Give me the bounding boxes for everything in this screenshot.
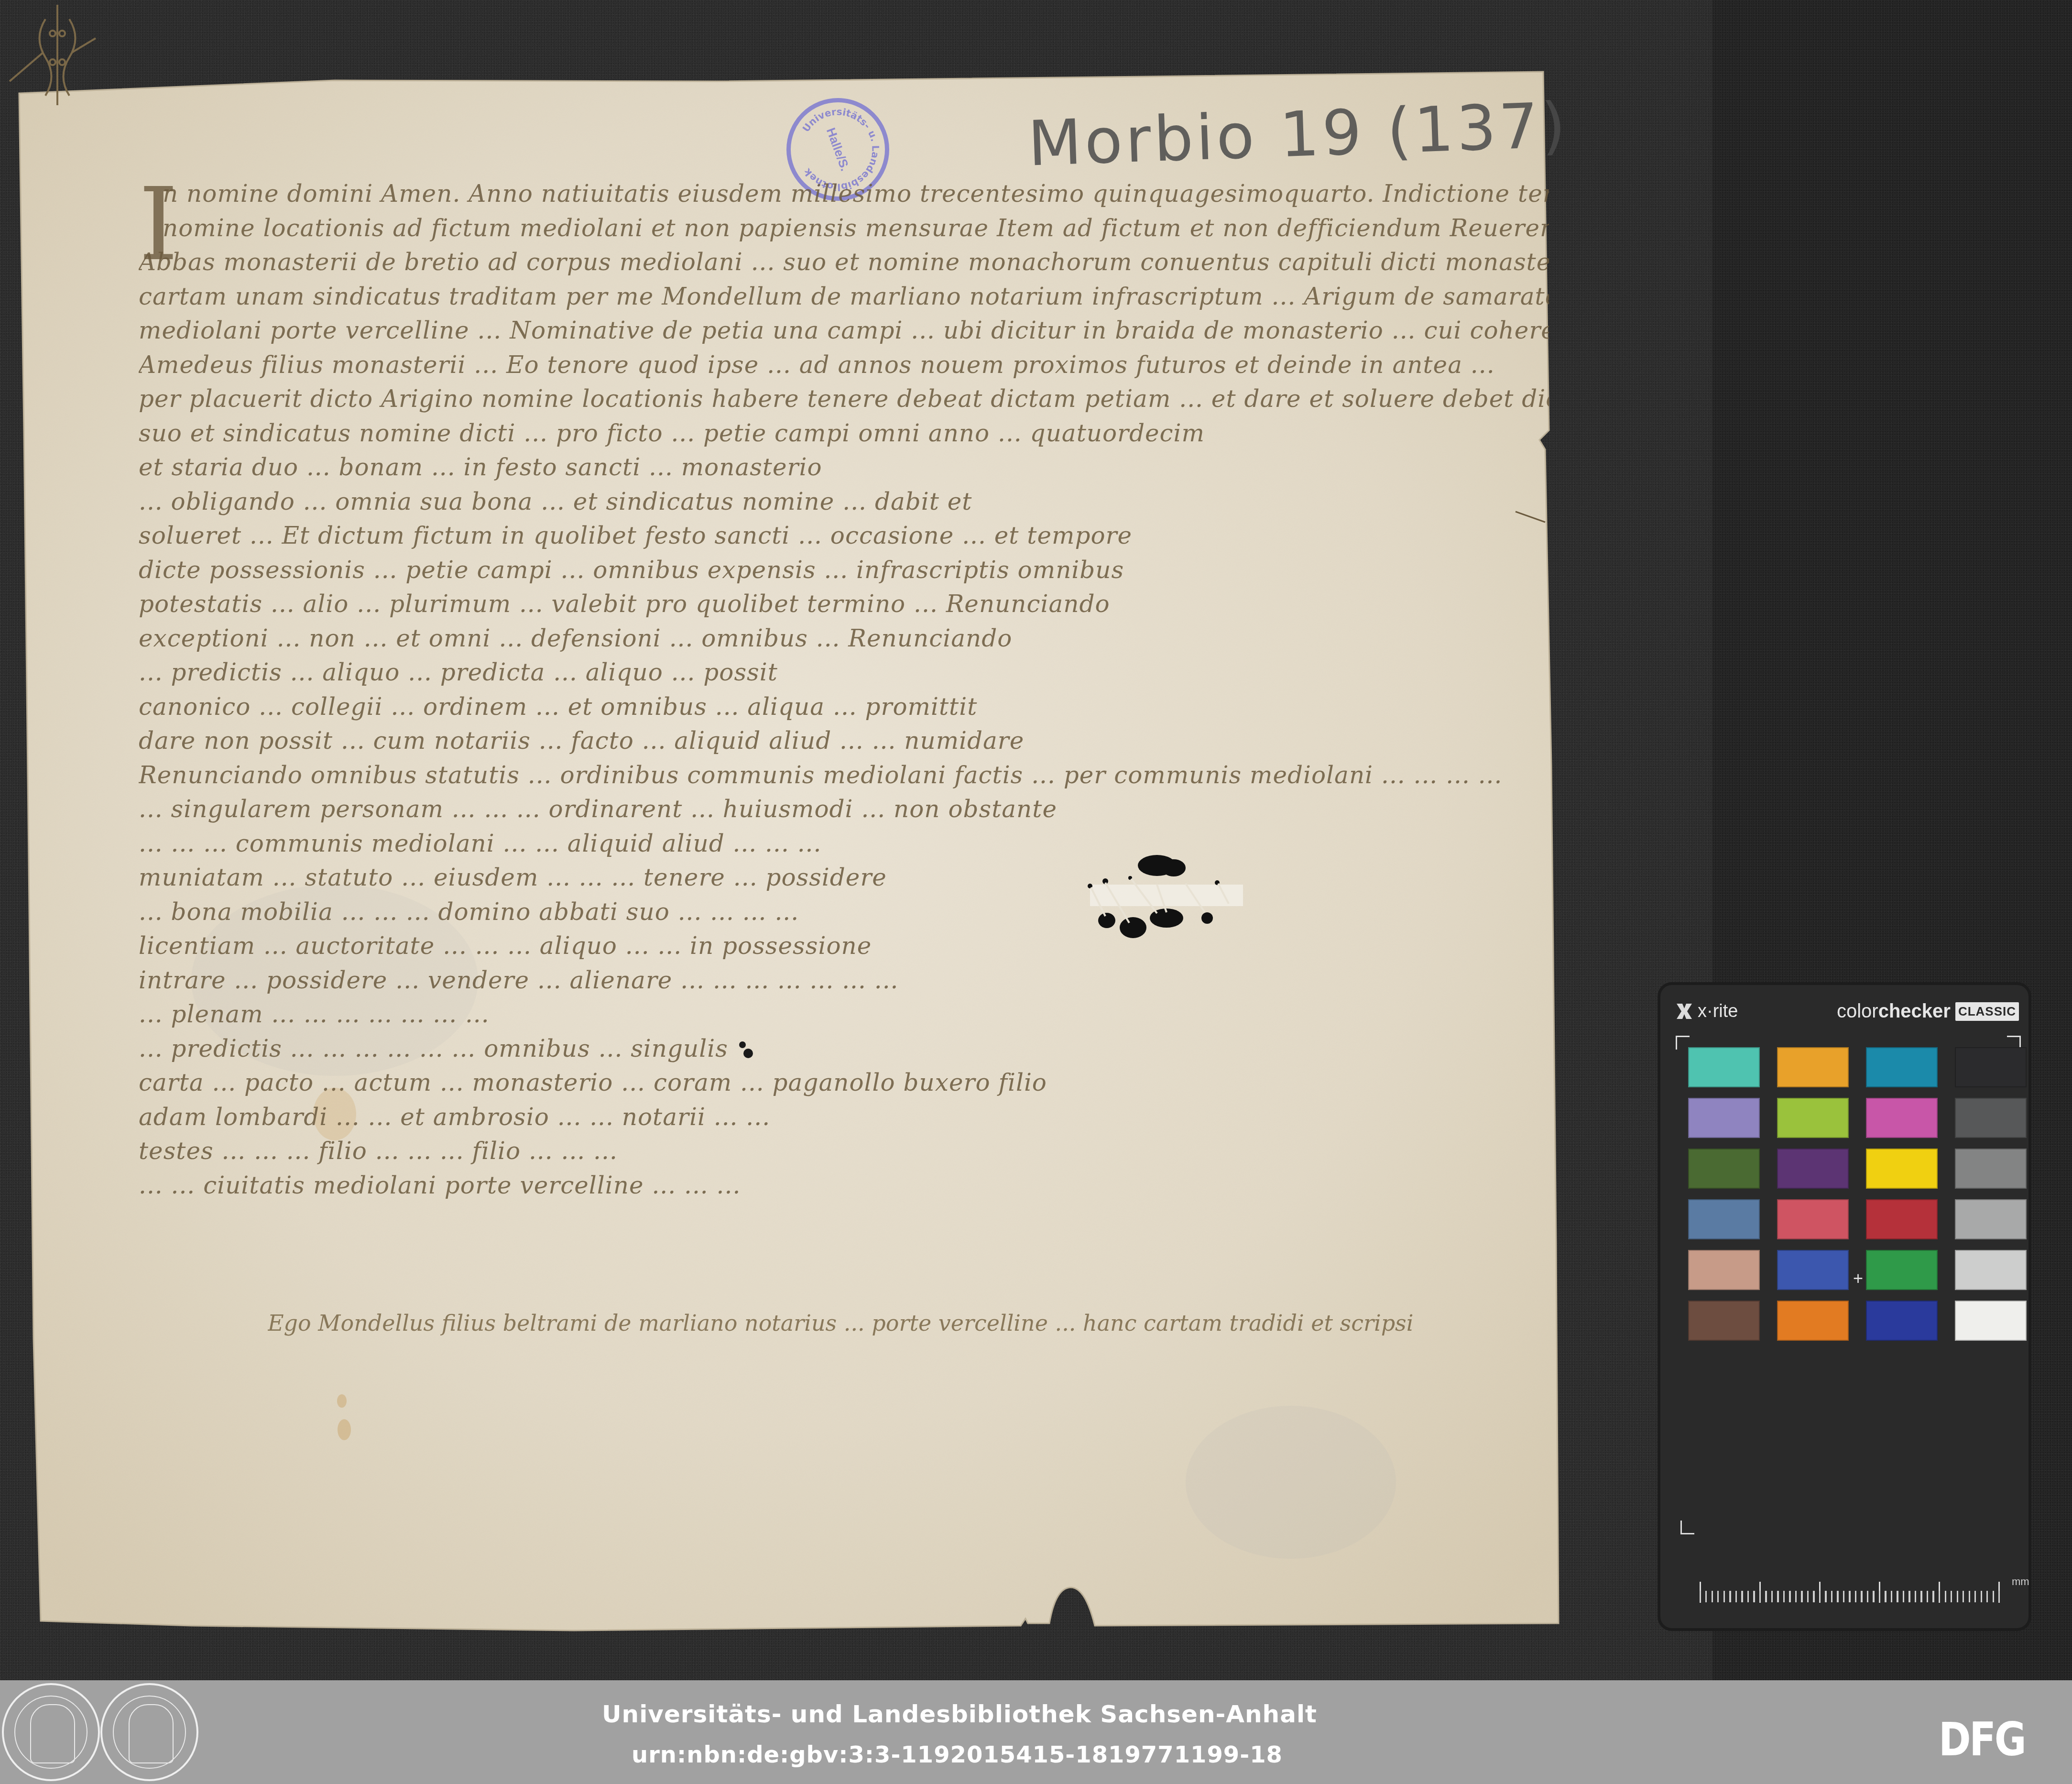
library-name: Universitäts- und Landesbibliothek Sachs… (0, 1700, 1996, 1728)
text-line: testes ... ... ... filio ... ... ... fil… (139, 1134, 1549, 1169)
text-line: et staria duo ... bonam ... in festo san… (139, 450, 1549, 485)
color-patch-cyan (1866, 1047, 1938, 1087)
text-line: Renunciando omnibus statutis ... ordinib… (139, 758, 1549, 793)
color-patch-red (1866, 1199, 1938, 1239)
footer-bar: Universitäts- und Landesbibliothek Sachs… (0, 1680, 2072, 1784)
color-patch-neutral-8 (1955, 1250, 2027, 1290)
text-line: ... plenam ... ... ... ... ... ... ... (139, 997, 1549, 1032)
text-line: licentiam ... auctoritate ... ... ... al… (139, 929, 1549, 963)
color-patch-neutral-6.5 (1955, 1199, 2027, 1239)
color-patch-yellow (1866, 1149, 1938, 1189)
text-line: solueret ... Et dictum fictum in quolibe… (139, 519, 1549, 553)
corner-mark-icon (1676, 1036, 1690, 1050)
text-line: Amedeus filius monasterii ... Eo tenore … (139, 348, 1549, 383)
charter-text: n nomine domini Amen. Anno natiuitatis e… (139, 177, 1549, 1203)
dfg-logo: DFG (1939, 1713, 2025, 1766)
color-patch-orange (1777, 1301, 1849, 1341)
color-patch-yellow-green (1777, 1098, 1849, 1138)
mm-ruler (1700, 1586, 2001, 1602)
color-patch-dark-skin (1688, 1301, 1760, 1341)
text-line: nomine locationis ad fictum mediolani et… (139, 211, 1549, 246)
urn-identifier: urn:nbn:de:gbv:3:3-1192015415-1819771199… (0, 1741, 1993, 1768)
text-line: muniatam ... statuto ... eiusdem ... ...… (139, 861, 1549, 895)
text-line: ... predictis ... ... ... ... ... ... om… (139, 1032, 1549, 1066)
text-line: ... ... ... communis mediolani ... ... a… (139, 827, 1549, 861)
text-line: carta ... pacto ... actum ... monasterio… (139, 1066, 1549, 1100)
text-line: dare non possit ... cum notariis ... fac… (139, 724, 1549, 758)
text-line: ... predictis ... aliquo ... predicta ..… (139, 656, 1549, 690)
colorchecker-brand: colorchecker CLASSIC (1837, 1001, 2019, 1022)
color-patch-orange-yellow (1777, 1047, 1849, 1087)
color-patch-neutral-5 (1955, 1149, 2027, 1189)
color-patch-light-skin (1688, 1250, 1760, 1290)
color-patch-black (1955, 1047, 2027, 1087)
text-line: dicte possessionis ... petie campi ... o… (139, 553, 1549, 588)
color-patch-bluish-green (1688, 1047, 1760, 1087)
text-line: intrare ... possidere ... vendere ... al… (139, 963, 1549, 998)
text-line: ... obligando ... omnia sua bona ... et … (139, 485, 1549, 519)
color-patch-foliage (1688, 1149, 1760, 1189)
color-patch-magenta (1866, 1098, 1938, 1138)
color-patch-neutral-3.5 (1955, 1098, 2027, 1138)
text-line: suo et sindicatus nomine dicti ... pro f… (139, 416, 1549, 451)
text-line: ... singularem personam ... ... ... ordi… (139, 792, 1549, 827)
color-patch-blue-sky (1688, 1199, 1760, 1239)
corner-mark-icon (1680, 1521, 1694, 1534)
text-line: exceptioni ... non ... et omni ... defen… (139, 622, 1549, 656)
notary-subscription: Ego Mondellus filius beltrami de marlian… (268, 1310, 1492, 1336)
ruler-unit-label: mm (2012, 1576, 2029, 1588)
color-patch-white (1955, 1301, 2027, 1341)
color-patch-grid (1688, 1047, 2013, 1521)
text-line: ... ... ciuitatis mediolani porte vercel… (139, 1169, 1549, 1203)
text-line: canonico ... collegii ... ordinem ... et… (139, 690, 1549, 724)
crosshair-icon: + (1853, 1270, 1863, 1287)
color-patch-blue (1866, 1301, 1938, 1341)
classic-badge: CLASSIC (1955, 1002, 2019, 1021)
text-line: adam lombardi ... ... et ambrosio ... ..… (139, 1100, 1549, 1135)
color-patch-green (1866, 1250, 1938, 1290)
notary-signum-icon (0, 0, 134, 110)
text-line: n nomine domini Amen. Anno natiuitatis e… (139, 177, 1549, 211)
colorchecker-word-checker: checker (1878, 1001, 1951, 1022)
text-line: per placuerit dicto Arigino nomine locat… (139, 382, 1549, 416)
text-line: potestatis ... alio ... plurimum ... val… (139, 587, 1549, 622)
color-patch-blue-flower (1688, 1098, 1760, 1138)
xrite-label: x·rite (1698, 1001, 1738, 1022)
text-line: cartam unam sindicatus traditam per me M… (139, 280, 1549, 314)
colorchecker-card: x·rite colorchecker CLASSIC + mm (1660, 985, 2028, 1628)
color-patch-purplish-blue (1777, 1250, 1849, 1290)
xrite-brand: x·rite (1675, 1001, 1738, 1022)
colorchecker-word-color: color (1837, 1001, 1878, 1022)
color-patch-moderate-red (1777, 1199, 1849, 1239)
color-patch-purple (1777, 1149, 1849, 1189)
text-line: ... bona mobilia ... ... ... domino abba… (139, 895, 1549, 930)
colorchecker-header: x·rite colorchecker CLASSIC (1675, 999, 2019, 1023)
text-line: mediolani porte vercelline ... Nominativ… (139, 314, 1549, 348)
text-line: Abbas monasterii de bretio ad corpus med… (139, 245, 1549, 280)
xrite-logo-icon (1675, 1002, 1694, 1021)
